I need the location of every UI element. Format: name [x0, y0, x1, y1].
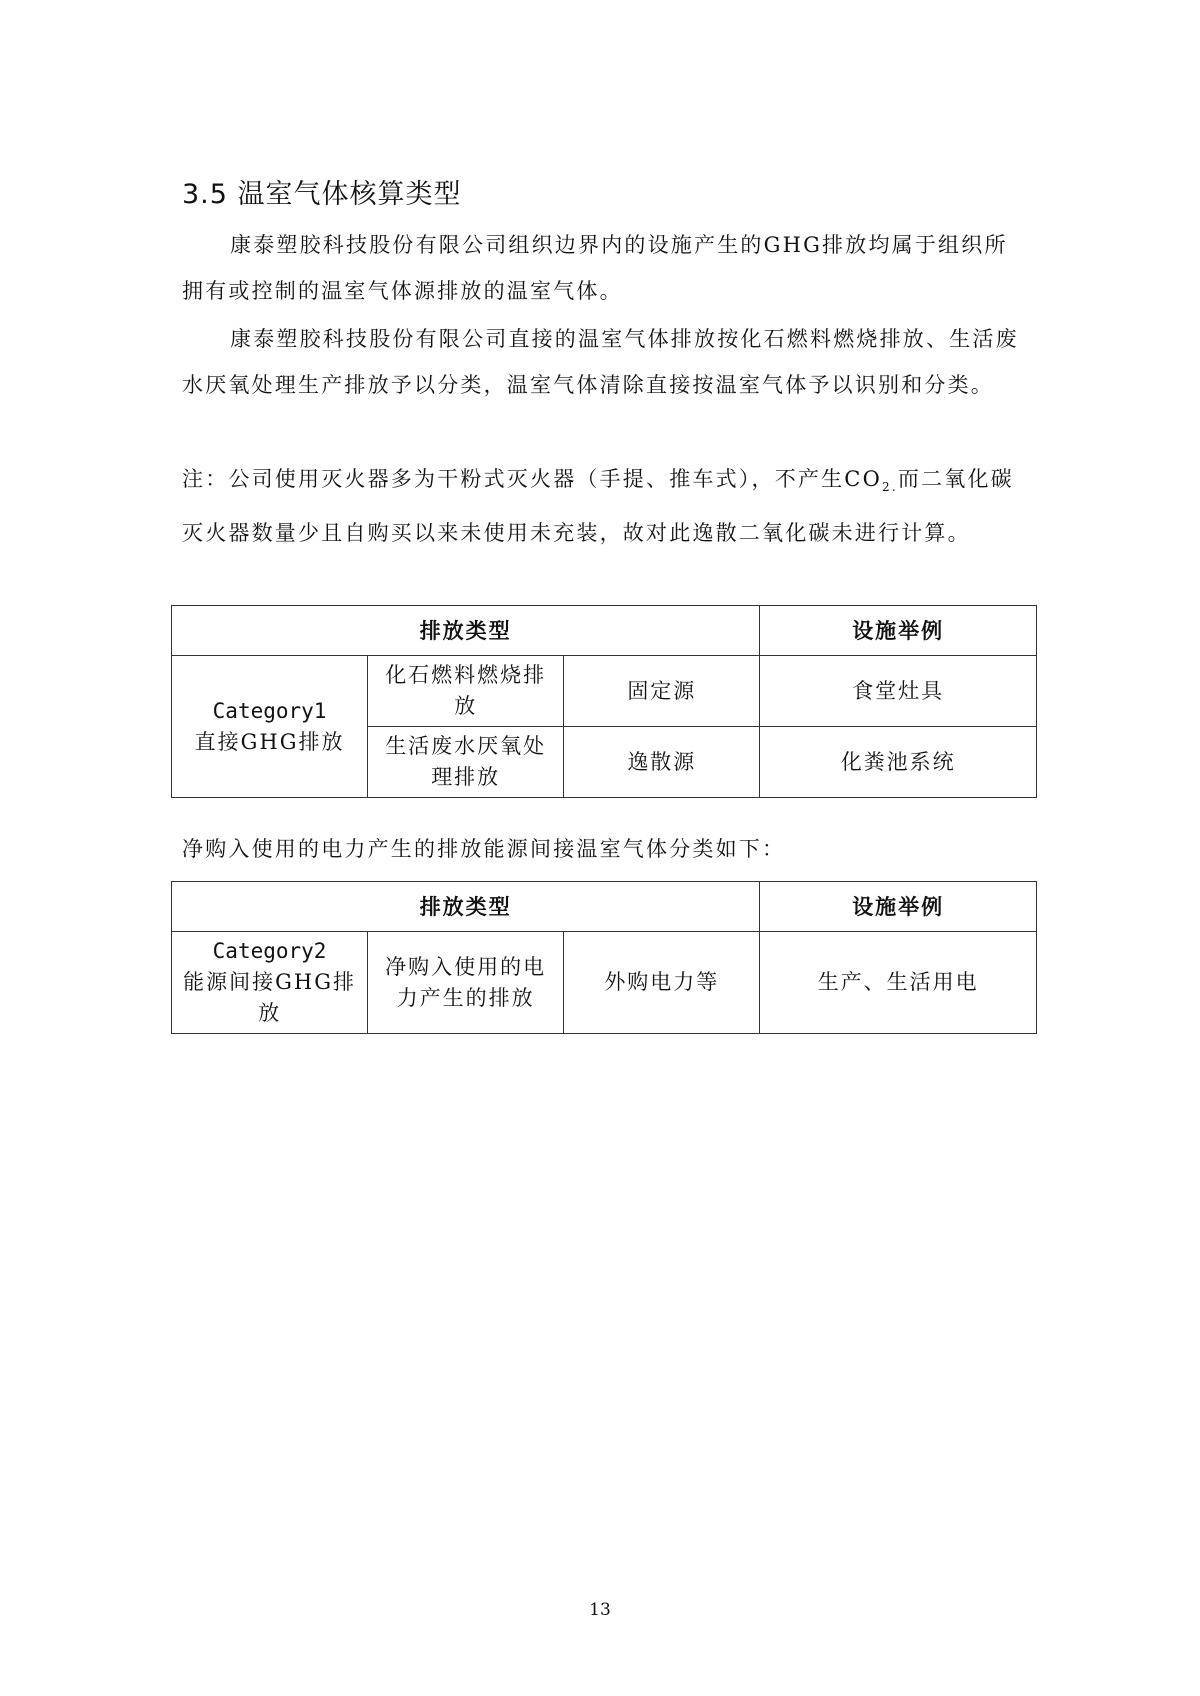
source-cell: 逸散源 [564, 727, 760, 798]
source-cell: 外购电力等 [564, 932, 760, 1034]
note-text-prefix: 注：公司使用灭火器多为干粉式灭火器（手提、推车式），不产生CO [182, 467, 882, 491]
category2-table: 排放类型 设施举例 Category2 能源间接GHG排放 净购入使用的电力产生… [171, 881, 1037, 1034]
category1-table: 排放类型 设施举例 Category1 直接GHG排放 化石燃料燃烧排放 固定源… [171, 605, 1037, 798]
category-label: 直接GHG排放 [180, 727, 359, 758]
example-cell: 生产、生活用电 [760, 932, 1037, 1034]
emission-cell: 净购入使用的电力产生的排放 [368, 932, 564, 1034]
source-cell: 固定源 [564, 656, 760, 727]
category-label: 能源间接GHG排放 [180, 967, 359, 1029]
category-cell: Category2 能源间接GHG排放 [172, 932, 368, 1034]
note-subscript: 2. [882, 480, 898, 494]
table-header-row: 排放类型 设施举例 [172, 882, 1037, 932]
page-number: 13 [0, 1600, 1200, 1620]
example-cell: 食堂灶具 [760, 656, 1037, 727]
header-facility-example: 设施举例 [760, 882, 1037, 932]
category-code: Category2 [180, 936, 359, 967]
paragraph-note: 注：公司使用灭火器多为干粉式灭火器（手提、推车式），不产生CO2.而二氧化碳灭火… [182, 456, 1027, 556]
table-header-row: 排放类型 设施举例 [172, 606, 1037, 656]
paragraph-indirect-intro: 净购入使用的电力产生的排放能源间接温室气体分类如下： [182, 826, 1027, 872]
emission-cell: 化石燃料燃烧排放 [368, 656, 564, 727]
paragraph-organization-boundary: 康泰塑胶科技股份有限公司组织边界内的设施产生的GHG排放均属于组织所拥有或控制的… [182, 222, 1027, 314]
section-heading: 3.5 温室气体核算类型 [182, 172, 462, 211]
paragraph-direct-emissions: 康泰塑胶科技股份有限公司直接的温室气体排放按化石燃料燃烧排放、生活废水厌氧处理生… [182, 316, 1027, 408]
emission-cell: 生活废水厌氧处理排放 [368, 727, 564, 798]
table-row: Category1 直接GHG排放 化石燃料燃烧排放 固定源 食堂灶具 [172, 656, 1037, 727]
category-cell: Category1 直接GHG排放 [172, 656, 368, 798]
category-code: Category1 [180, 696, 359, 727]
table-row: Category2 能源间接GHG排放 净购入使用的电力产生的排放 外购电力等 … [172, 932, 1037, 1034]
example-cell: 化粪池系统 [760, 727, 1037, 798]
header-facility-example: 设施举例 [760, 606, 1037, 656]
header-emission-type: 排放类型 [172, 882, 760, 932]
header-emission-type: 排放类型 [172, 606, 760, 656]
